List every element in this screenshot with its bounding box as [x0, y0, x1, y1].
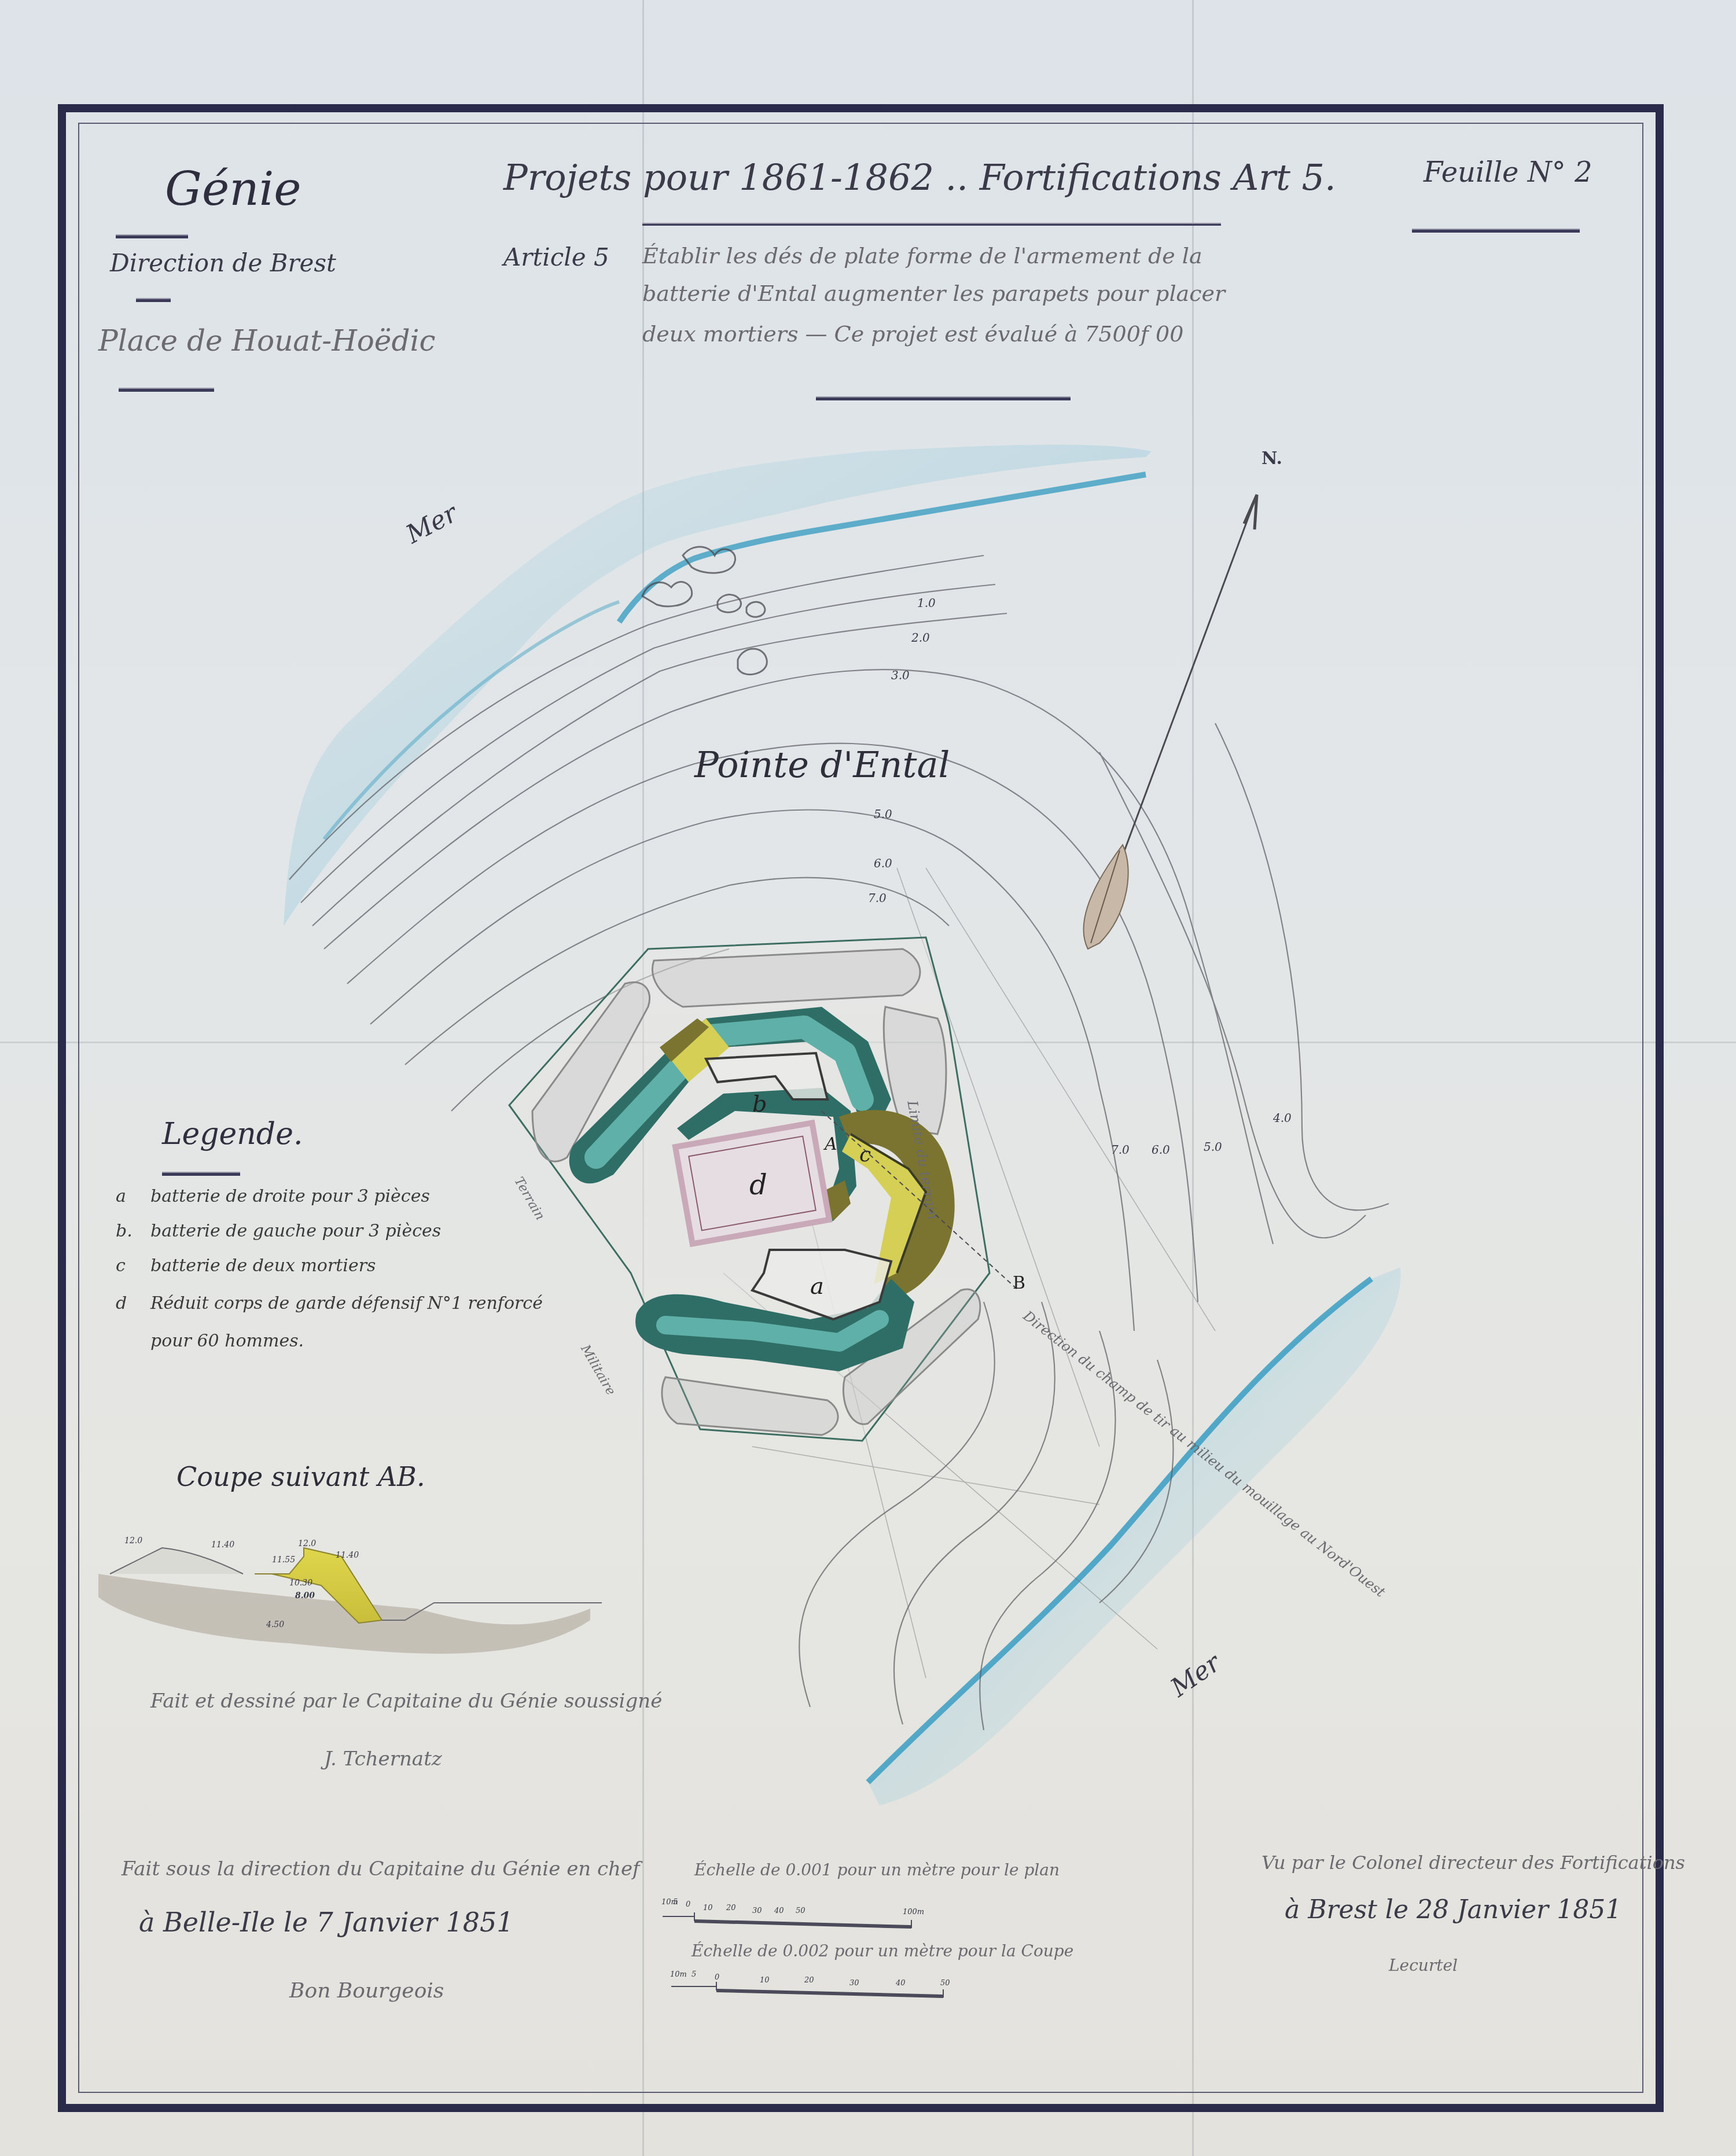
- legend-item: dRéduit corps de garde défensif N°1 renf…: [116, 1293, 543, 1314]
- contour-label: 2.0: [911, 631, 930, 645]
- contour-label: 6.0: [1152, 1143, 1170, 1157]
- section-elevation: 4.50: [266, 1620, 284, 1629]
- north-label: N.: [1261, 448, 1282, 469]
- place-date-text: à Belle-Ile le 7 Janvier 1851: [139, 1907, 514, 1938]
- contour-label: 1.0: [917, 596, 936, 610]
- contour-label: 4.0: [1273, 1111, 1292, 1125]
- drawn-by-text: Fait et dessiné par le Capitaine du Géni…: [150, 1690, 662, 1713]
- section-elevation: 11.55: [272, 1555, 295, 1565]
- fort-label-c: c: [859, 1143, 871, 1167]
- divider: [642, 223, 1221, 226]
- scale-tick: 20: [804, 1976, 814, 1985]
- scale-bar-plan: [663, 1912, 911, 1928]
- rocks: [642, 547, 767, 675]
- fort-label-b: b: [752, 1091, 767, 1117]
- done-under-text: Fait sous la direction du Capitaine du G…: [122, 1857, 640, 1881]
- divider: [119, 388, 214, 392]
- seen-by-text: Vu par le Colonel directeur des Fortific…: [1261, 1852, 1685, 1874]
- scale-tick: 50: [796, 1907, 806, 1915]
- scale-tick: 20: [726, 1904, 736, 1912]
- contour-label: 3.0: [891, 668, 910, 682]
- legend-item: pour 60 hommes.: [116, 1331, 304, 1351]
- section-elevation: 8.00: [295, 1591, 315, 1601]
- article-label: Article 5: [503, 243, 609, 271]
- contour-label: 7.0: [868, 891, 887, 905]
- article-text-line: deux mortiers — Ce projet est évalué à 7…: [642, 321, 1183, 347]
- project-title: Projets pour 1861-1862 .. Fortifications…: [503, 156, 1336, 198]
- section-point-a: A: [825, 1134, 837, 1154]
- divider: [162, 1172, 240, 1176]
- legend-title: Legende.: [162, 1117, 303, 1151]
- chief-signature: Bon Bourgeois: [289, 1979, 444, 2003]
- scale-tick: 50: [940, 1979, 950, 1988]
- scale-tick: 100m: [903, 1908, 924, 1916]
- colonel-signature: Lecurtel: [1389, 1956, 1458, 1975]
- contour-label: 5.0: [874, 807, 892, 821]
- legend-item: cbatterie de deux mortiers: [116, 1256, 376, 1276]
- article-text-line: batterie d'Ental augmenter les parapets …: [642, 281, 1225, 306]
- plan-scale-label: Échelle de 0.001 pour un mètre pour le p…: [694, 1860, 1060, 1879]
- drawn-signature: J. Tchernatz: [324, 1747, 442, 1771]
- scale-tick: 10m: [670, 1970, 687, 1979]
- section-elevation: 12.0: [298, 1539, 316, 1548]
- section-title: Coupe suivant AB.: [176, 1461, 425, 1492]
- contour-label: 7.0: [1111, 1143, 1130, 1157]
- section-elevation: 11.40: [336, 1551, 359, 1560]
- section-point-b: B: [1013, 1273, 1025, 1293]
- section-drawing: [98, 1548, 602, 1654]
- scale-tick: 0: [715, 1973, 719, 1982]
- scale-tick: 0: [686, 1900, 690, 1909]
- place-label: Place de Houat-Hoëdic: [98, 324, 435, 358]
- article-text-line: Établir les dés de plate forme de l'arme…: [642, 243, 1202, 268]
- contour-label: 6.0: [874, 856, 892, 870]
- section-elevation: 10.30: [289, 1579, 312, 1588]
- north-arrow: [1084, 495, 1257, 949]
- fort-label-a: a: [810, 1273, 824, 1300]
- legend-item: abatterie de droite pour 3 pièces: [116, 1186, 430, 1206]
- section-scale-label: Échelle de 0.002 pour un mètre pour la C…: [692, 1941, 1073, 1960]
- divider: [816, 396, 1071, 400]
- scale-tick: 40: [774, 1907, 784, 1915]
- scale-tick: 30: [752, 1907, 762, 1915]
- place-name-label: Pointe d'Ental: [694, 744, 950, 786]
- scale-tick: 10: [703, 1904, 713, 1912]
- fort-label-d: d: [749, 1169, 767, 1201]
- legend-item: b.batterie de gauche pour 3 pièces: [116, 1221, 441, 1241]
- contour-label: 5.0: [1204, 1140, 1222, 1154]
- scale-tick: 40: [896, 1979, 906, 1988]
- scale-tick: 5: [692, 1970, 696, 1979]
- direction-label: Direction de Brest: [110, 249, 336, 277]
- sheet-number: Feuille N° 2: [1424, 156, 1592, 189]
- scale-tick: 5: [673, 1898, 678, 1907]
- scale-tick: 10: [760, 1976, 770, 1985]
- divider: [1412, 229, 1580, 233]
- divider: [116, 234, 188, 238]
- divider: [136, 298, 171, 302]
- section-elevation: 11.40: [211, 1540, 234, 1550]
- service-title: Génie: [165, 162, 301, 216]
- section-elevation: 12.0: [124, 1536, 142, 1546]
- scale-tick: 30: [849, 1979, 859, 1988]
- seen-place-date: à Brest le 28 Janvier 1851: [1285, 1895, 1621, 1925]
